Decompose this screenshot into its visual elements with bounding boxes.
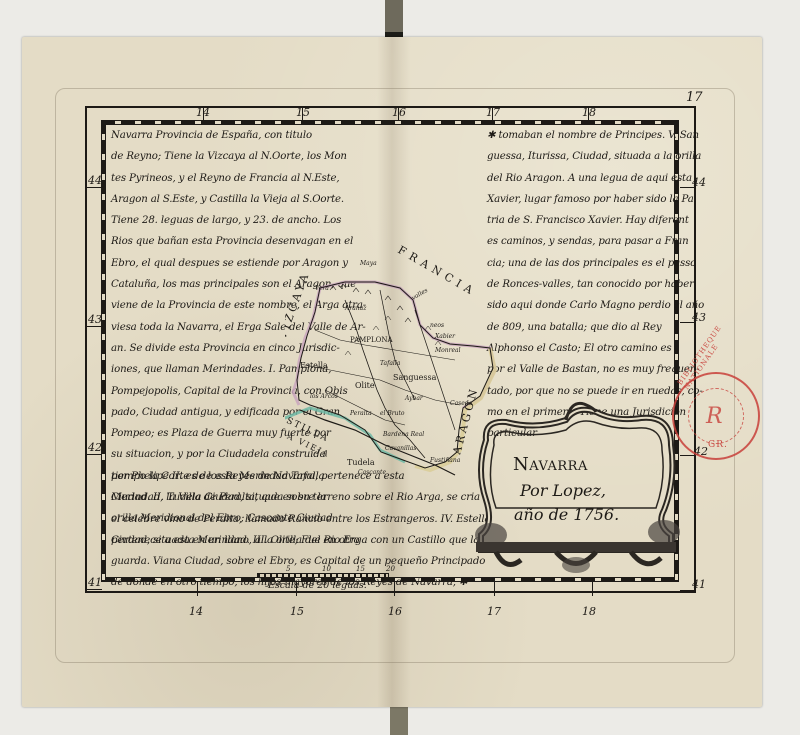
text-line: viene de la Provincia de este nombre, el…: [111, 295, 311, 316]
svg-text:los Arcos: los Arcos: [310, 393, 338, 400]
text-line: guessa, Iturissa, Ciudad, situada a la o…: [487, 146, 672, 167]
text-line: Pompeo; es Plaza de Guerra muy fuerte po…: [111, 423, 311, 444]
text-line: su situacion, y por la Ciudadela constru…: [111, 444, 311, 465]
text-line: an. Se divide esta Provincia en cinco Ju…: [111, 338, 311, 359]
longitude-label: 15: [296, 106, 310, 119]
scale-tick-label: 10: [322, 565, 331, 573]
svg-text:Fustiñana: Fustiñana: [429, 457, 461, 464]
text-line: guarda. Viana Ciudad, sobre el Ebro, es …: [111, 551, 490, 572]
text-line: viesa toda la Navarra, el Erga Sale del …: [111, 317, 311, 338]
svg-text:Aranaz: Aranaz: [344, 305, 367, 312]
longitude-label: 16: [388, 605, 402, 618]
longitude-label: 18: [582, 106, 596, 119]
longitude-tick: [592, 582, 593, 596]
text-line: Aragon al S.Este, y Castilla la Vieja al…: [111, 189, 311, 210]
svg-text:Vera: Vera: [315, 285, 329, 292]
latitude-label: 43: [692, 311, 706, 324]
map-title: Navarra: [513, 454, 588, 475]
scale-bar-label: Escala de 20 leguas.: [268, 580, 367, 591]
latitude-label: 44: [88, 174, 102, 187]
text-line: del Rio Aragon. A una legua de aqui esta: [487, 168, 672, 189]
svg-text:Olite: Olite: [355, 381, 375, 390]
latitude-label: 44: [692, 176, 706, 189]
svg-text:PAMPLONA: PAMPLONA: [350, 336, 394, 344]
text-line: ✱ tomaban el nombre de Principes. V. San: [487, 125, 672, 146]
text-line: el celebre vino de Peralta, llamado Ranc…: [111, 509, 490, 530]
svg-text:valles: valles: [411, 287, 430, 302]
text-line: tes Pyrineos, y el Reyno de Francia al N…: [111, 168, 311, 189]
text-line: por el Valle de Bastan, no es muy freque…: [487, 359, 672, 380]
latitude-tick: [86, 454, 102, 455]
latitude-label: 42: [88, 441, 102, 454]
svg-text:Cavanillas: Cavanillas: [385, 445, 416, 452]
latitude-tick: [86, 589, 102, 590]
text-line: de Ronces-valles, tan conocido por haber: [487, 274, 672, 295]
latitude-label: 41: [692, 578, 706, 591]
longitude-label: 17: [486, 106, 500, 119]
longitude-label: 17: [487, 605, 501, 618]
longitude-label: 18: [582, 605, 596, 618]
svg-text:Monreal: Monreal: [434, 347, 461, 354]
svg-text:Tudela: Tudela: [347, 458, 375, 467]
text-line: pado, Ciudad antigua, y edificada por el…: [111, 402, 311, 423]
text-line: Xavier, lugar famoso por haber sido la P…: [487, 189, 672, 210]
longitude-tick: [494, 582, 495, 596]
text-line: de 809, una batalla; que dio al Rey: [487, 317, 672, 338]
latitude-label: 41: [88, 576, 102, 589]
longitude-label: 15: [290, 605, 304, 618]
longitude-label: 14: [196, 106, 210, 119]
scale-tick-label: 20: [386, 565, 395, 573]
svg-text:Xabier: Xabier: [434, 333, 456, 340]
text-line: Alphonso el Casto; El otro camino es: [487, 338, 672, 359]
latitude-tick: [86, 326, 102, 327]
text-line: Cataluña, los mas principales son el Ara…: [111, 274, 311, 295]
library-stamp-sub: GR.: [708, 440, 728, 450]
graticule-band-left: [101, 120, 106, 582]
library-stamp-mark: R: [706, 404, 723, 429]
text-line: tria de S. Francisco Xavier. Hay diferen…: [487, 210, 672, 231]
text-line: iones, que llaman Merindades. I. Pamplon…: [111, 359, 311, 380]
svg-text:Aybar: Aybar: [404, 395, 424, 402]
text-line: Rios que bañan esta Provincia desenvagan…: [111, 231, 311, 252]
text-line: Tiene 28. leguas de largo, y 23. de anch…: [111, 210, 311, 231]
svg-text:Bardena Real: Bardena Real: [382, 431, 424, 438]
description-text-right: ✱ tomaban el nombre de Principes. V. San…: [487, 125, 672, 444]
text-line: tado, por que no se puede ir en ruedas, …: [487, 381, 672, 402]
text-line: Navarra Provincia de España, con titulo: [111, 125, 311, 146]
text-line: Merindad, la Villa de Peralta, que en su…: [111, 487, 490, 508]
text-line: Ebro, el qual despues se estiende por Ar…: [111, 253, 311, 274]
svg-text:Estella: Estella: [300, 361, 328, 370]
svg-text:neos: neos: [430, 322, 444, 329]
scale-tick-label: 5: [286, 565, 290, 573]
book-spine-bottom: [390, 706, 408, 735]
text-line: cia; una de las dos principales es el pa…: [487, 253, 672, 274]
svg-text:Tafalla: Tafalla: [380, 360, 401, 367]
longitude-label: 16: [392, 106, 406, 119]
map-date: año de 1756.: [514, 505, 619, 524]
text-line: de Reyno; Tiene la Vizcaya al N.Oorte, l…: [111, 146, 311, 167]
book-spine-top: [385, 0, 403, 38]
text-line: Ciudad, situada en un llano, a la orilla…: [111, 530, 490, 551]
region-label-francia: FRANCIA: [396, 243, 480, 299]
svg-text:Peralta: Peralta: [349, 410, 372, 417]
longitude-label: 14: [189, 605, 203, 618]
map-author: Por Lopez,: [520, 481, 606, 500]
scale-bar: [257, 573, 389, 578]
text-line: sido aqui donde Carlo Magno perdio el añ…: [487, 295, 672, 316]
svg-text:Maya: Maya: [359, 260, 377, 267]
scale-tick-label: 15: [356, 565, 365, 573]
svg-text:el Bruto: el Bruto: [380, 410, 405, 417]
page-number: 17: [686, 90, 703, 105]
text-line: es caminos, y sendas, para pasar a Fran: [487, 231, 672, 252]
svg-text:Cascante: Cascante: [358, 469, 386, 476]
svg-text:Sanguessa: Sanguessa: [393, 373, 437, 382]
latitude-label: 43: [88, 313, 102, 326]
latitude-tick: [86, 187, 102, 188]
text-line: Pompejopolis, Capital de la Provincia, c…: [111, 381, 311, 402]
